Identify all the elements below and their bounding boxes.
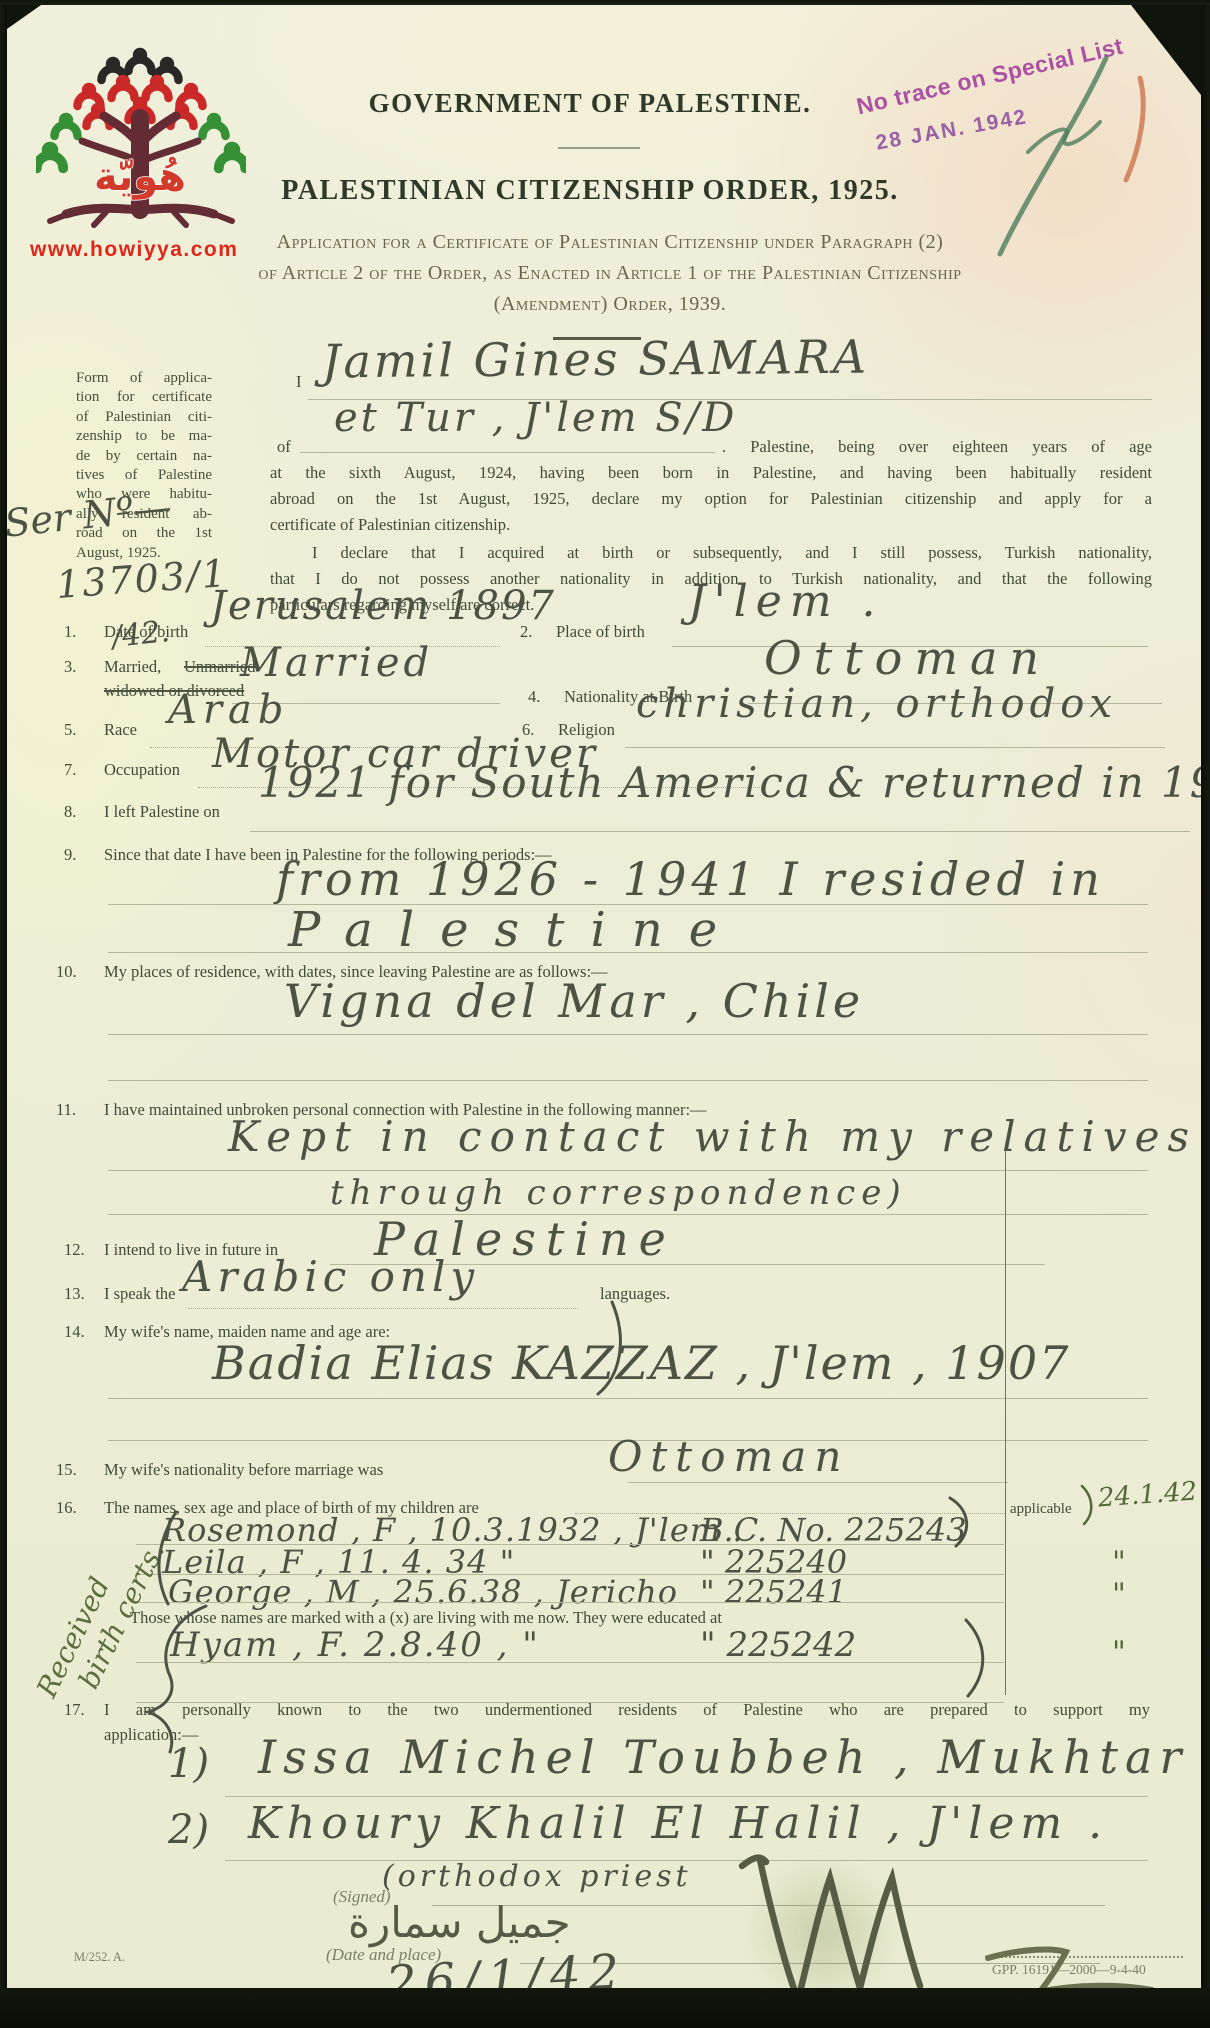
item13-suffix: languages. xyxy=(600,1284,670,1305)
child-row-entry-4: Hyam , F. 2.8.40 , " xyxy=(170,1628,540,1662)
scan-edge-right xyxy=(1201,0,1210,2028)
applicant-address-handwritten: et Tur , J'lem S/D xyxy=(334,398,737,438)
item13-number: 13. xyxy=(64,1284,85,1305)
serial-number: 13703/1 xyxy=(55,554,229,604)
item1-label: Date of birth xyxy=(104,622,188,643)
children-right-brace-2 xyxy=(966,1620,983,1696)
item4-value: Ottoman xyxy=(764,635,1051,681)
item3-label-married: Married, xyxy=(104,657,161,678)
howiyya-tree-logo: هُويّة xyxy=(36,38,246,238)
witness2-number: 2) xyxy=(168,1810,209,1850)
form-reference: M/252. A. xyxy=(74,1950,125,1966)
application-paragraph-line1: Application for a Certificate of Palesti… xyxy=(90,230,1130,255)
item4-number: 4. xyxy=(528,687,540,708)
item15-value: Ottoman xyxy=(608,1436,849,1478)
item5-label: Race xyxy=(104,720,137,741)
item7-label: Occupation xyxy=(104,760,180,781)
item1-number: 1. xyxy=(64,622,76,643)
item10-number: 10. xyxy=(56,962,77,983)
scan-edge-left xyxy=(0,0,7,2028)
item3-value: Married xyxy=(240,643,433,683)
item13-value: Arabic only xyxy=(182,1256,479,1298)
item8-label: I left Palestine on xyxy=(104,802,220,823)
item11-line1 xyxy=(108,1170,1148,1171)
item8-number: 8. xyxy=(64,802,76,823)
margin-note-line: tives of Palestine xyxy=(76,466,212,485)
scan-corner-top-left xyxy=(7,5,41,29)
item15-label: My wife's nationality before marriage wa… xyxy=(104,1460,383,1481)
print-reference-hatch xyxy=(985,1956,1185,1958)
scan-corner-top-right xyxy=(1131,5,1201,95)
item17-label-line1: I am personally known to the two underme… xyxy=(104,1700,1150,1721)
item14-line1 xyxy=(108,1398,1148,1399)
margin-note-line: zenship to be ma- xyxy=(76,427,212,446)
declaration-of-label: of xyxy=(277,437,291,458)
item2-label: Place of birth xyxy=(556,622,645,643)
witness1-line xyxy=(225,1796,1148,1797)
scanned-citizenship-form: هُويّة www.howiyya.com GOVERNMENT OF PAL… xyxy=(0,0,1210,2028)
date-note-brace xyxy=(1082,1486,1091,1524)
print-reference: GPP. 16191—2000—9-4-40 xyxy=(992,1962,1146,1979)
signature-arabic: جميل سمارة xyxy=(348,1902,571,1944)
ink-smudge xyxy=(742,1858,902,2008)
item9-value-line2: Palestine xyxy=(288,906,743,954)
application-paragraph-line3: (Amendment) Order, 1939. xyxy=(90,292,1130,317)
item10-line1 xyxy=(108,1034,1148,1035)
item2-value: J'lem . xyxy=(688,580,884,624)
declaration-para2-line1: I declare that I acquired at birth or su… xyxy=(312,543,1152,564)
item10-line2 xyxy=(108,1080,1148,1081)
item16-printed-right: applicable xyxy=(1010,1500,1072,1519)
item8-value: 1921 for South America & returned in 192… xyxy=(258,762,1210,804)
item11-value-line1: Kept in contact with my relatives xyxy=(228,1116,1197,1158)
item5-value: Arab xyxy=(168,690,289,730)
witness1-number: 1) xyxy=(168,1744,209,1784)
item3-number: 3. xyxy=(64,657,76,678)
scan-edge-top xyxy=(0,0,1210,5)
order-title: PALESTINIAN CITIZENSHIP ORDER, 1925. xyxy=(170,175,1010,207)
item9-number: 9. xyxy=(64,845,76,866)
item7-number: 7. xyxy=(64,760,76,781)
header-divider-1 xyxy=(558,147,640,149)
item13-line xyxy=(188,1308,578,1309)
item16-number: 16. xyxy=(56,1498,77,1519)
declaration-i-label: I xyxy=(296,372,302,393)
item15-number: 15. xyxy=(56,1460,77,1481)
child-row-right-3: " xyxy=(1112,1580,1126,1610)
item12-number: 12. xyxy=(64,1240,85,1261)
scan-edge-bottom xyxy=(0,1988,1210,2028)
child-row-bc-4: " 225242 xyxy=(700,1628,856,1662)
item8-line xyxy=(250,831,1190,832)
item14-number: 14. xyxy=(64,1322,85,1343)
item9-line2 xyxy=(108,952,1148,953)
address-underline xyxy=(300,452,715,453)
application-paragraph-line2: of Article 2 of the Order, as Enacted in… xyxy=(90,261,1130,286)
margin-note-line: de by certain na- xyxy=(76,447,212,466)
child-row-entry-1: Rosemond , F , 10.3.1932 , J'lem . xyxy=(162,1514,744,1546)
item1-value: Jerusalem 1897 xyxy=(210,586,556,626)
item15-line xyxy=(628,1482,1008,1483)
item6-value: christian, orthodox xyxy=(636,684,1117,724)
declaration-para1-cont: . Palestine, being over eighteen years o… xyxy=(722,437,1152,458)
item11-value-line2: through correspondence) xyxy=(330,1176,907,1210)
child-row-bc-1: B.C. No. 225243 xyxy=(700,1514,967,1546)
item13-label: I speak the xyxy=(104,1284,175,1305)
green-scribble xyxy=(1028,122,1100,152)
witness2-name: Khoury Khalil El Halil , J'lem . xyxy=(248,1802,1108,1846)
declaration-para1-line2: at the sixth August, 1924, having been b… xyxy=(270,463,1152,484)
item16-date-note: 24.1.42 xyxy=(1097,1479,1198,1512)
declaration-para1-line4: certificate of Palestinian citizenship. xyxy=(270,515,510,536)
margin-note-line: of Palestinian citi- xyxy=(76,408,212,427)
child-row-right-4: " xyxy=(1112,1638,1126,1668)
item5-number: 5. xyxy=(64,720,76,741)
child-row-right-2: " xyxy=(1112,1548,1126,1578)
item14-value: Badia Elias KAZZAZ , J'lem , 1907 xyxy=(212,1340,1070,1386)
child-row-entry-3: George , M , 25.6.38 , Jericho xyxy=(168,1576,678,1608)
item2-number: 2. xyxy=(520,622,532,643)
witness1-name: Issa Michel Toubbeh , Mukhtar xyxy=(258,1734,1188,1780)
witness2-subnote: (orthodox priest xyxy=(382,1862,692,1892)
child-row-bc-3: " 225241 xyxy=(700,1576,847,1608)
child-row-line-4 xyxy=(136,1662,1004,1663)
item10-value: Vigna del Mar , Chile xyxy=(284,978,864,1024)
item16-column-rule xyxy=(1005,1150,1006,1695)
item9-value-line1: from 1926 - 1941 I resided in xyxy=(276,856,1105,902)
child-row-line-3 xyxy=(136,1602,1004,1603)
applicant-name-handwritten: Jamil Gines SAMARA xyxy=(322,334,869,385)
margin-note-line: tion for certificate xyxy=(76,388,212,407)
item6-line xyxy=(625,747,1165,748)
green-check-stroke xyxy=(1000,58,1106,254)
declaration-para1-line3: abroad on the 1st August, 1925, declare … xyxy=(270,489,1152,510)
item17-number: 17. xyxy=(64,1700,85,1721)
item11-number: 11. xyxy=(56,1100,76,1121)
margin-note-line: Form of applica- xyxy=(76,369,212,388)
